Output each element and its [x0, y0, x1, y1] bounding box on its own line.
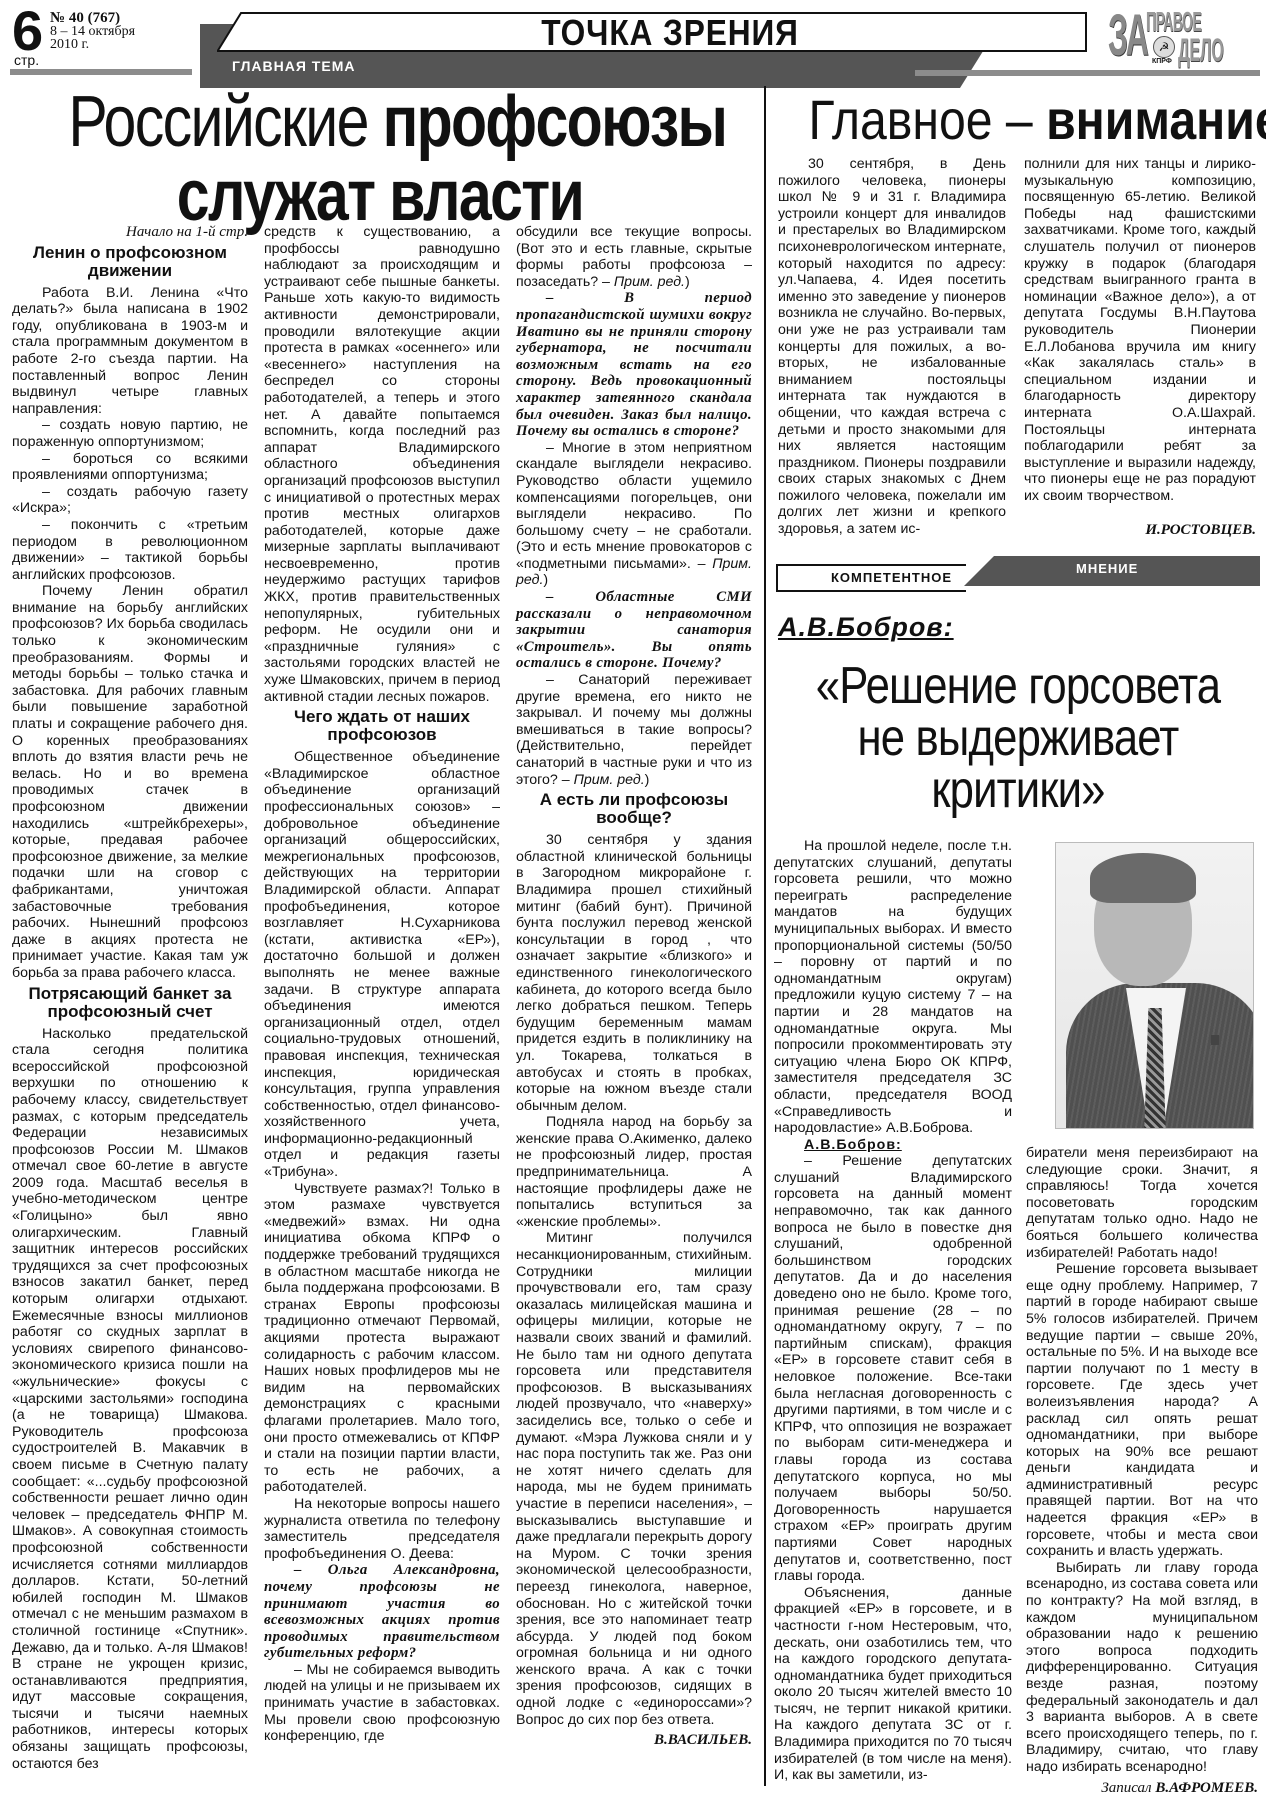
- paragraph: биратели меня переизбирают на следующие …: [1026, 1145, 1258, 1261]
- side-headline: Главное – внимание: [770, 90, 1266, 150]
- logo-party: КПРФ: [1152, 58, 1172, 66]
- section-title: ТОЧКА ЗРЕНИЯ: [485, 12, 855, 54]
- opinion-byline: А.В.Бобров:: [778, 612, 954, 642]
- page-number: 6: [12, 6, 41, 56]
- paragraph: – Мы не собираемся выводить людей на ули…: [264, 1662, 500, 1745]
- paragraph: Митинг получился несанкционированным, ст…: [516, 1230, 752, 1728]
- main-article-column-1: Начало на 1-й стр. Ленин о профсоюзном д…: [12, 224, 248, 1772]
- paragraph: обсудили все текущие вопросы. (Вот это и…: [516, 224, 752, 290]
- page-label: стр.: [14, 53, 39, 67]
- side-article-column-2: полнили для них танцы и лирико-музыкальн…: [1024, 156, 1256, 539]
- photo-hair: [1090, 853, 1196, 903]
- side-headline-bold: внимание: [1046, 88, 1266, 151]
- paragraph: Почему Ленин обратил внимание на борьбу …: [12, 583, 248, 981]
- editor-note: Прим. ред.: [614, 274, 685, 290]
- side-headline-regular: Главное –: [809, 88, 1033, 151]
- main-article-column-2: средств к существованию, а профбоссы рав…: [264, 224, 500, 1745]
- headline-bold-2: служат власти: [68, 160, 691, 232]
- continued-note: Начало на 1-й стр.: [12, 224, 248, 241]
- recorded-by: Записал В.АФРОМЕЕВ.: [1026, 1780, 1258, 1796]
- headline-line: «Решение горсовета: [810, 660, 1227, 712]
- paragraph: Выбирать ли главу города всенародно, из …: [1026, 1560, 1258, 1776]
- logo-za: ЗА: [1108, 6, 1147, 66]
- paragraph: 30 сентября у здания областной клиническ…: [516, 832, 752, 1114]
- interview-question: – Областные СМИ рассказали о неправомочн…: [516, 589, 752, 672]
- column-divider: [764, 86, 766, 1786]
- paragraph: Объяснения, данные фракцией «ЕР» в горсо…: [774, 1585, 1012, 1784]
- list-item: – создать рабочую газету «Искра»;: [12, 484, 248, 517]
- paragraph: Общественное объединение «Владимирское о…: [264, 749, 500, 1180]
- side-article-column-1: 30 сентября, в День пожилого человека, п…: [778, 156, 1006, 538]
- speaker-label: А.В.Бобров:: [774, 1137, 1012, 1154]
- subheading: Ленин о профсоюзном движении: [12, 244, 248, 280]
- banner-right-label: МНЕНИЕ: [1076, 562, 1138, 576]
- paragraph: Чувствуете размах?! Только в этом размах…: [264, 1181, 500, 1496]
- hammer-sickle-icon: ☭: [1153, 36, 1175, 58]
- portrait-photo: [1055, 842, 1254, 1129]
- opinion-headline: «Решение горсовета не выдерживает критик…: [770, 660, 1266, 816]
- opinion-column-2: биратели меня переизбирают на следующие …: [1026, 1145, 1258, 1796]
- interview-question: – Ольга Александровна, почему профсоюзы …: [264, 1562, 500, 1662]
- opinion-column-1: На прошлой неделе, после т.н. депутатски…: [774, 838, 1012, 1784]
- subheading: Потрясающий банкет за профсоюзный счет: [12, 985, 248, 1021]
- paragraph: Подняла народ на борьбу за женские права…: [516, 1114, 752, 1230]
- author-signature: В.ВАСИЛЬЕВ.: [516, 1732, 752, 1749]
- subheading: А есть ли профсоюзы вообще?: [516, 791, 752, 827]
- paragraph: Решение горсовета вызывает еще одну проб…: [1026, 1261, 1258, 1560]
- header-rule-right: [915, 70, 1260, 76]
- headline-bold-1: профсоюзы: [383, 82, 727, 162]
- opinion-banner: КОМПЕТЕНТНОЕ МНЕНИЕ: [776, 556, 1260, 590]
- main-article-column-3: обсудили все текущие вопросы. (Вот это и…: [516, 224, 752, 1749]
- banner-left-label: КОМПЕТЕНТНОЕ: [831, 571, 952, 585]
- list-item: – создать новую партию, не пораженную оп…: [12, 417, 248, 450]
- paragraph: Насколько предательской стала сегодня по…: [12, 1026, 248, 1773]
- list-item: – бороться со всякими проявлениями оппор…: [12, 451, 248, 484]
- interview-question: – В период пропагандистской шумихи вокру…: [516, 290, 752, 439]
- paragraph: полнили для них танцы и лирико-музыкальн…: [1024, 156, 1256, 504]
- paragraph: – Многие в этом неприятном скандале выгл…: [516, 440, 752, 589]
- paragraph: 30 сентября, в День пожилого человека, п…: [778, 156, 1006, 538]
- paragraph: На некоторые вопросы нашего журналиста о…: [264, 1496, 500, 1562]
- list-item: – покончить с «третьим периодом в револю…: [12, 517, 248, 583]
- headline-line: критики»: [810, 764, 1227, 816]
- main-headline: Российские профсоюзы служат власти: [0, 86, 760, 232]
- issue-info: № 40 (767) 8 – 14 октября 2010 г.: [50, 12, 135, 51]
- paragraph: – Санаторий переживает другие времена, е…: [516, 672, 752, 788]
- section-subtitle: ГЛАВНАЯ ТЕМА: [232, 58, 355, 74]
- newspaper-logo: ЗА ПРАВОЕ ДЕЛО ☭ КПРФ: [1108, 6, 1258, 68]
- lapel-pin-icon: [1211, 1035, 1219, 1045]
- logo-delo: ДЕЛО: [1178, 34, 1224, 66]
- paragraph: Работа В.И. Ленина «Что делать?» была на…: [12, 285, 248, 418]
- section-banner: ТОЧКА ЗРЕНИЯ ГЛАВНАЯ ТЕМА: [200, 12, 1080, 76]
- header-rule-left: [10, 69, 192, 75]
- subheading: Чего ждать от наших профсоюзов: [264, 708, 500, 744]
- paragraph: На прошлой неделе, после т.н. депутатски…: [774, 838, 1012, 1137]
- author-signature: И.РОСТОВЦЕВ.: [1024, 522, 1256, 539]
- paragraph: – Решение депутатских слушаний Владимирс…: [774, 1153, 1012, 1584]
- issue-year: 2010 г.: [50, 38, 135, 51]
- headline-regular: Российские: [68, 82, 367, 162]
- headline-line: не выдерживает: [810, 712, 1227, 764]
- paragraph: средств к существованию, а профбоссы рав…: [264, 224, 500, 705]
- editor-note: Прим. ред.: [574, 772, 645, 788]
